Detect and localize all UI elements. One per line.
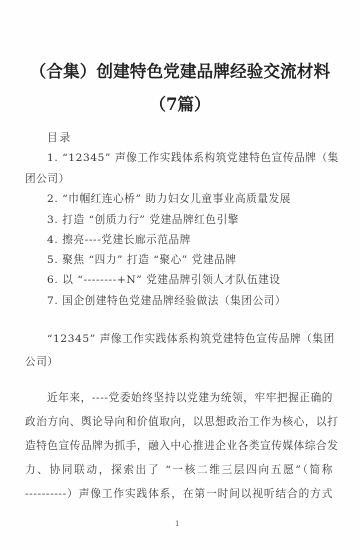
toc-item-2: 2. “巾帼红连心桥” 助力妇女儿童事业高质量发展 — [47, 192, 291, 206]
toc-item-6: 6. 以 “--------+N” 党建品牌引领人才队伍建设 — [47, 273, 281, 287]
paragraph-line-1: 近年来，----党委始终坚持以党建为统领，牢牢把握正确的 — [47, 391, 333, 405]
toc-item-5: 5. 聚焦 “四力” 打造 “聚心” 党建品牌 — [47, 253, 237, 267]
section-heading: “12345” 声像工作实践体系构筑党建特色宣传品牌（集团 — [47, 332, 333, 346]
paragraph-line-4: 力、协同联动，探索出了 “一核二维三层四向五愿”（简称 — [25, 463, 333, 477]
toc-item-1-continuation: 团公司） — [25, 172, 70, 186]
toc-heading: 目录 — [47, 131, 72, 145]
paragraph-line-3: 造特色宣传品牌为抓手，融入中心推进企业各类宣传媒体综合发 — [25, 439, 333, 453]
document-title: （合集）创建特色党建品牌经验交流材料 — [0, 58, 360, 82]
document-page: （合集）创建特色党建品牌经验交流材料 （7篇） 目录 1. “12345” 声像… — [0, 0, 360, 550]
toc-item-4: 4. 擦亮----党建长廊示范品牌 — [47, 233, 191, 247]
document-subtitle: （7篇） — [0, 91, 360, 115]
toc-item-7: 7. 国企创建特色党建品牌经验做法（集团公司） — [47, 294, 286, 308]
section-heading-continuation: 公司） — [25, 355, 59, 369]
page-number: 1 — [175, 520, 179, 528]
toc-item-3: 3. 打造 “创质力行” 党建品牌红色引擎 — [47, 213, 239, 227]
paragraph-line-5: ----------）声像工作实践体系，在第一时间以视听结合的方式 — [25, 487, 333, 501]
paragraph-line-2: 政治方向、舆论导向和价值取向，以思想政治工作为核心，以打 — [25, 415, 333, 429]
toc-item-1: 1. “12345” 声像工作实践体系构筑党建特色宣传品牌（集 — [47, 151, 333, 165]
